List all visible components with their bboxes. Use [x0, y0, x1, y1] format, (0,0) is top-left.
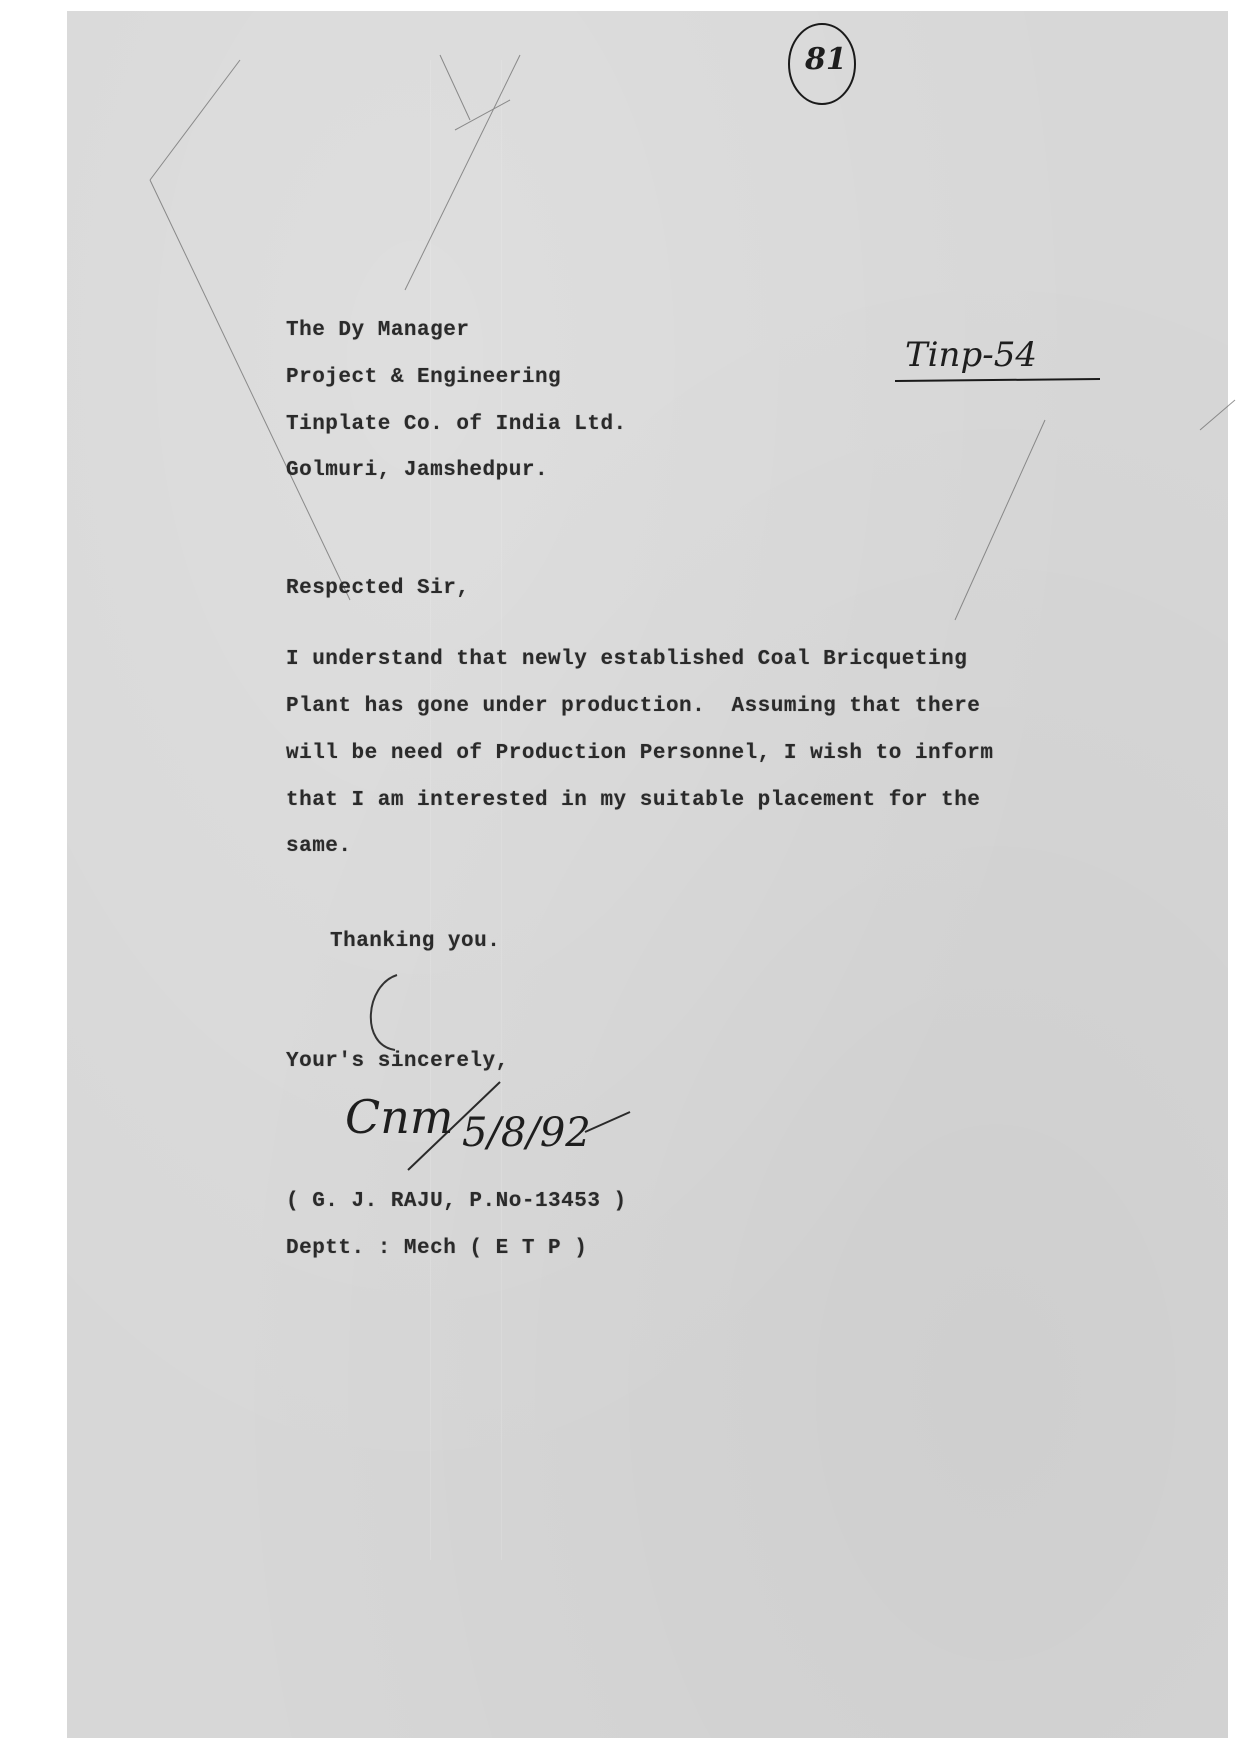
recipient-line: Golmuri, Jamshedpur.	[286, 459, 548, 482]
body-line: will be need of Production Personnel, I …	[286, 742, 994, 765]
closing-line: Your's sincerely,	[286, 1050, 509, 1073]
body-line: same.	[286, 835, 352, 858]
signature: Cnm	[345, 1090, 453, 1144]
recipient-line: Tinplate Co. of India Ltd.	[286, 413, 627, 436]
sender-department: Deptt. : Mech ( E T P )	[286, 1237, 587, 1260]
recipient-line: The Dy Manager	[286, 319, 469, 342]
salutation: Respected Sir,	[286, 577, 469, 600]
signature-date: 5/8/92	[462, 1110, 591, 1156]
closing-thanks: Thanking you.	[330, 930, 500, 953]
page-number-annotation: 81	[805, 42, 847, 77]
letter-page	[67, 11, 1228, 1738]
body-line: I understand that newly established Coal…	[286, 648, 967, 671]
sender-name: ( G. J. RAJU, P.No-13453 )	[286, 1190, 627, 1213]
body-line: that I am interested in my suitable plac…	[286, 789, 980, 812]
file-reference-annotation: Tinp-54	[905, 335, 1037, 375]
body-line: Plant has gone under production. Assumin…	[286, 695, 980, 718]
recipient-line: Project & Engineering	[286, 366, 561, 389]
